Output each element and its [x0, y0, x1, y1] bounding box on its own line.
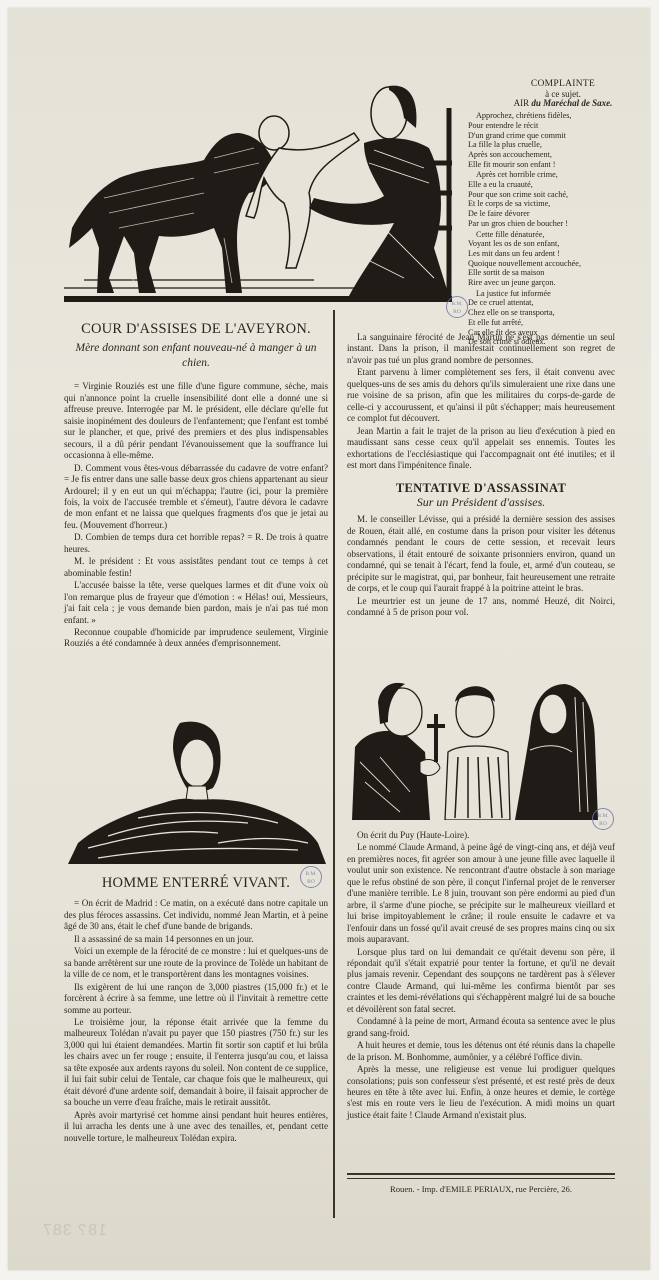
- verse-line: Voyant les os de son enfant,: [468, 239, 628, 249]
- paragraph: M. le président : Et vous assistâtes pen…: [64, 556, 328, 579]
- woodcut-priest-condemned-nun: [350, 672, 600, 820]
- paragraph: Après la messe, une religieuse est venue…: [347, 1064, 615, 1121]
- verse: Après cet horrible crime,Elle a eu la cr…: [468, 170, 628, 228]
- verse-line: Rire avec un jeune garçon.: [468, 278, 628, 288]
- paragraph: Le troisième jour, la réponse était arri…: [64, 1017, 328, 1109]
- verse-line: Approchez, chrétiens fidèles,: [468, 111, 628, 121]
- article-headline: HOMME ENTERRÉ VIVANT.: [64, 878, 328, 889]
- verse: Approchez, chrétiens fidèles,Pour entend…: [468, 111, 628, 169]
- verse-line: Quoique nouvellement accouchée,: [468, 259, 628, 269]
- article-body: On écrit du Puy (Haute-Loire).Le nommé C…: [347, 830, 615, 1121]
- woodcut-buried-man: [68, 718, 326, 864]
- verse-line: Et le corps de sa victime,: [468, 199, 628, 209]
- stamp-text: B.M.: [593, 812, 613, 820]
- illustration-icon: [64, 78, 452, 310]
- article-body: M. le conseiller Lévisse, qui a présidé …: [347, 514, 615, 618]
- verse-line: Elle fit mourir son enfant !: [468, 160, 628, 170]
- article-subhead: Mère donnant son enfant nouveau-né à man…: [72, 341, 320, 371]
- paragraph: D. Combien de temps dura cet horrible re…: [64, 532, 328, 555]
- verse-line: Après son accouchement,: [468, 150, 628, 160]
- paragraph: Reconnue coupable d'homicide par imprude…: [64, 627, 328, 650]
- article-body: = Virginie Rouziés est une fille d'une f…: [64, 381, 328, 649]
- pencil-shelfmark: 18? 387: [42, 1222, 107, 1240]
- complainte-air: AIR du Maréchal de Saxe.: [498, 99, 628, 109]
- paragraph: Condamné à la peine de mort, Armand écou…: [347, 1016, 615, 1039]
- verse-line: Cette fille dénaturée,: [468, 230, 628, 240]
- verse-line: La justice fut informée: [468, 289, 628, 299]
- paragraph: On écrit du Puy (Haute-Loire).: [347, 830, 615, 841]
- left-column-lower: HOMME ENTERRÉ VIVANT. = On écrit de Madr…: [64, 878, 328, 1145]
- stamp-text: RO: [593, 820, 613, 828]
- paragraph: A huit heures et demie, tous les détenus…: [347, 1040, 615, 1063]
- article-body: = On écrit de Madrid : Ce matin, on a ex…: [64, 898, 328, 1144]
- stamp-text: RO: [447, 308, 467, 316]
- right-column: La sanguinaire férocité de Jean Martin n…: [347, 332, 615, 619]
- paragraph: Etant parvenu à limer complètement ses f…: [347, 367, 615, 424]
- column-divider: [333, 310, 335, 1218]
- paragraph: Le nommé Claude Armand, à peine âgé de v…: [347, 842, 615, 945]
- library-stamp: B.M.RO: [592, 808, 614, 830]
- verse-line: D'un grand crime que commit: [468, 131, 628, 141]
- right-column-lower: On écrit du Puy (Haute-Loire).Le nommé C…: [347, 830, 615, 1122]
- verse-line: Après cet horrible crime,: [468, 170, 628, 180]
- paragraph: Voici un exemple de la férocité de ce mo…: [64, 946, 328, 980]
- left-column: COUR D'ASSISES DE L'AVEYRON. Mère donnan…: [64, 324, 328, 651]
- paragraph: Jean Martin a fait le trajet de la priso…: [347, 426, 615, 472]
- stamp-text: B.M.: [301, 870, 321, 878]
- verse: Cette fille dénaturée,Voyant les os de s…: [468, 230, 628, 288]
- verse-line: De le faire dévorer: [468, 209, 628, 219]
- paragraph: = On écrit de Madrid : Ce matin, on a ex…: [64, 898, 328, 932]
- verse-line: Pour entendre le récit: [468, 121, 628, 131]
- verse-line: De ce cruel attentat,: [468, 298, 628, 308]
- printer-imprint: Rouen. - Imp. d'EMILE PERIAUX, rue Perci…: [347, 1184, 615, 1194]
- air-prefix: AIR: [514, 98, 530, 108]
- paragraph: = Virginie Rouziés est une fille d'une f…: [64, 381, 328, 461]
- paragraph: Lorsque plus tard on lui demandait ce qu…: [347, 947, 615, 1016]
- verse-line: Et elle fut arrêté,: [468, 318, 628, 328]
- air-name: du Maréchal de Saxe.: [531, 98, 612, 108]
- paragraph: D. Comment vous êtes-vous débarrassée du…: [64, 463, 328, 532]
- article-headline: TENTATIVE D'ASSASSINAT: [347, 483, 615, 494]
- article-subhead: Sur un Président d'assises.: [347, 497, 615, 508]
- footer-rule: [347, 1173, 615, 1179]
- verse-line: Elle sortit de sa maison: [468, 268, 628, 278]
- paragraph: L'accusée baisse la tête, verse quelques…: [64, 580, 328, 626]
- paragraph: Ils exigèrent de lui une rançon de 3,000…: [64, 982, 328, 1016]
- illustration-icon: [350, 672, 600, 820]
- library-stamp: B.M.RO: [446, 296, 468, 318]
- woodcut-mother-dog-infant: [64, 78, 452, 310]
- stamp-text: B.M.: [447, 300, 467, 308]
- paragraph: Le meurtrier est un jeune de 17 ans, nom…: [347, 596, 615, 619]
- paragraph: Après avoir martyrisé cet homme ainsi pe…: [64, 1110, 328, 1144]
- verse-line: La fille la plus cruelle,: [468, 140, 628, 150]
- verse-line: Par un gros chien de boucher !: [468, 219, 628, 229]
- verse-line: Chez elle on se transporta,: [468, 308, 628, 318]
- complainte-poem: COMPLAINTE à ce sujet. AIR du Maréchal d…: [468, 80, 628, 348]
- paragraph: La sanguinaire férocité de Jean Martin n…: [347, 332, 615, 366]
- illustration-icon: [68, 718, 326, 864]
- verse-line: Elle a eu la cruauté,: [468, 180, 628, 190]
- verse-line: Pour que son crime soit caché,: [468, 190, 628, 200]
- article-body-continued: La sanguinaire férocité de Jean Martin n…: [347, 332, 615, 471]
- paragraph: Il a assassiné de sa main 14 personnes e…: [64, 934, 328, 945]
- paragraph: M. le conseiller Lévisse, qui a présidé …: [347, 514, 615, 594]
- article-headline: COUR D'ASSISES DE L'AVEYRON.: [64, 324, 328, 335]
- verse-line: Les mit dans un feu ardent !: [468, 249, 628, 259]
- complainte-verses: Approchez, chrétiens fidèles,Pour entend…: [468, 111, 628, 347]
